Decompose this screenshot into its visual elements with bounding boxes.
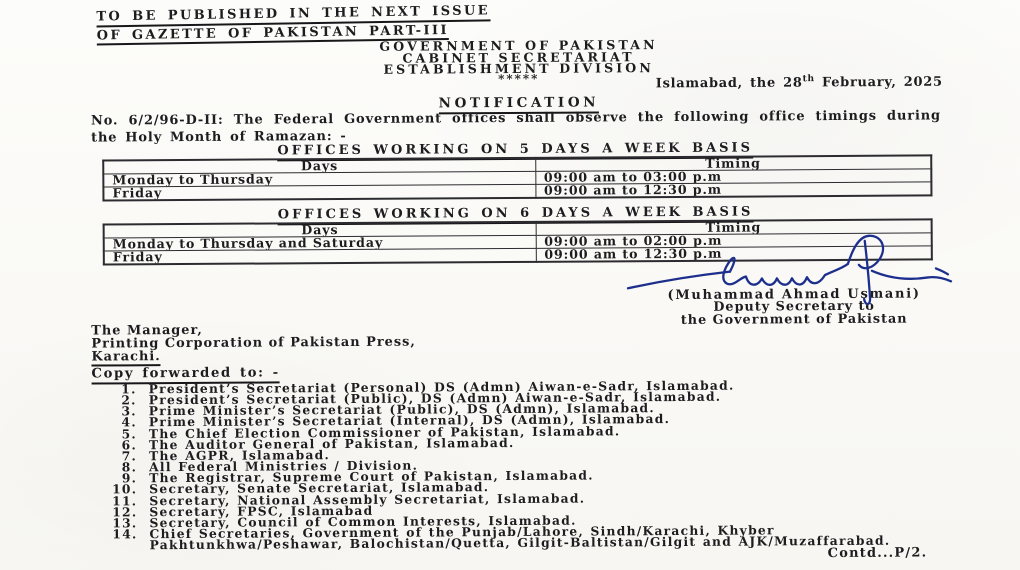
five-day-timings-table: Days Timing Monday to Thursday 09:00 am … xyxy=(102,154,932,201)
signature-scribble xyxy=(606,228,959,314)
dateline-ordinal: th xyxy=(803,74,815,84)
scanned-notification-page: TO BE PUBLISHED IN THE NEXT ISSUE OF GAZ… xyxy=(0,0,1020,570)
copy-forwarded-list: 1.President’s Secretariat (Personal) DS … xyxy=(111,379,912,551)
days-cell: Friday xyxy=(103,184,535,200)
days-cell: Friday xyxy=(104,248,536,264)
dateline-pre: Islamabad, the 28 xyxy=(656,76,803,92)
signatory-role-line2: the Government of Pakistan xyxy=(638,313,950,327)
addressee-block: The Manager, Printing Corporation of Pak… xyxy=(91,323,416,367)
dateline-post: February, 2025 xyxy=(815,75,943,91)
addressee-city: Karachi. xyxy=(91,351,160,367)
continuation-marker: Contd...P/2. xyxy=(828,545,928,561)
dateline: Islamabad, the 28th February, 2025 xyxy=(656,73,943,91)
list-item: 14.Chief Secretaries, Government of the … xyxy=(111,524,911,551)
timing-cell: 09:00 am to 12:30 p.m xyxy=(535,182,931,198)
reference-number: No. 6/2/96-D-II: xyxy=(91,113,224,129)
